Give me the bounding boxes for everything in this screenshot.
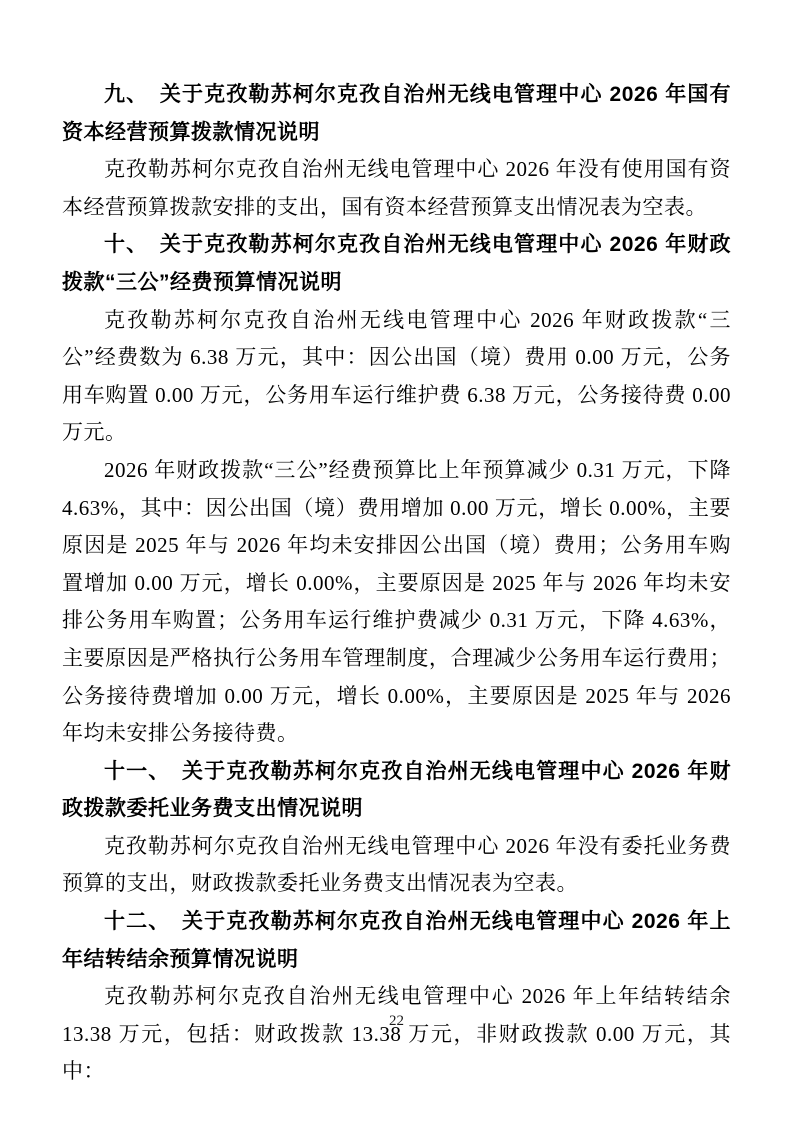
section-11-heading: 十一、 关于克孜勒苏柯尔克孜自治州无线电管理中心 2026 年财政拨款委托业务费… — [62, 753, 731, 828]
section-9-paragraph: 克孜勒苏柯尔克孜自治州无线电管理中心 2026 年没有使用国有资本经营预算拨款安… — [62, 151, 731, 226]
page-footer: 22 — [0, 1012, 793, 1030]
section-11-paragraph: 克孜勒苏柯尔克孜自治州无线电管理中心 2026 年没有委托业务费预算的支出，财政… — [62, 828, 731, 903]
section-11-entrusted-business-fees: 十一、 关于克孜勒苏柯尔克孜自治州无线电管理中心 2026 年财政拨款委托业务费… — [62, 753, 731, 903]
section-10-paragraph-1: 克孜勒苏柯尔克孜自治州无线电管理中心 2026 年财政拨款“三公”经费数为 6.… — [62, 302, 731, 452]
section-10-three-public-expenses: 十、 关于克孜勒苏柯尔克孜自治州无线电管理中心 2026 年财政拨款“三公”经费… — [62, 226, 731, 752]
document-body: 九、 关于克孜勒苏柯尔克孜自治州无线电管理中心 2026 年国有资本经营预算拨款… — [62, 76, 731, 1091]
page-number: 22 — [389, 1013, 404, 1029]
section-9-state-capital-budget: 九、 关于克孜勒苏柯尔克孜自治州无线电管理中心 2026 年国有资本经营预算拨款… — [62, 76, 731, 226]
section-10-paragraph-2: 2026 年财政拨款“三公”经费预算比上年预算减少 0.31 万元，下降 4.6… — [62, 452, 731, 753]
section-12-heading: 十二、 关于克孜勒苏柯尔克孜自治州无线电管理中心 2026 年上年结转结余预算情… — [62, 903, 731, 978]
document-page: 九、 关于克孜勒苏柯尔克孜自治州无线电管理中心 2026 年国有资本经营预算拨款… — [0, 0, 793, 1122]
section-12-paragraph: 克孜勒苏柯尔克孜自治州无线电管理中心 2026 年上年结转结余 13.38 万元… — [62, 978, 731, 1091]
section-12-carryover-surplus: 十二、 关于克孜勒苏柯尔克孜自治州无线电管理中心 2026 年上年结转结余预算情… — [62, 903, 731, 1091]
section-9-heading: 九、 关于克孜勒苏柯尔克孜自治州无线电管理中心 2026 年国有资本经营预算拨款… — [62, 76, 731, 151]
section-10-heading: 十、 关于克孜勒苏柯尔克孜自治州无线电管理中心 2026 年财政拨款“三公”经费… — [62, 226, 731, 301]
